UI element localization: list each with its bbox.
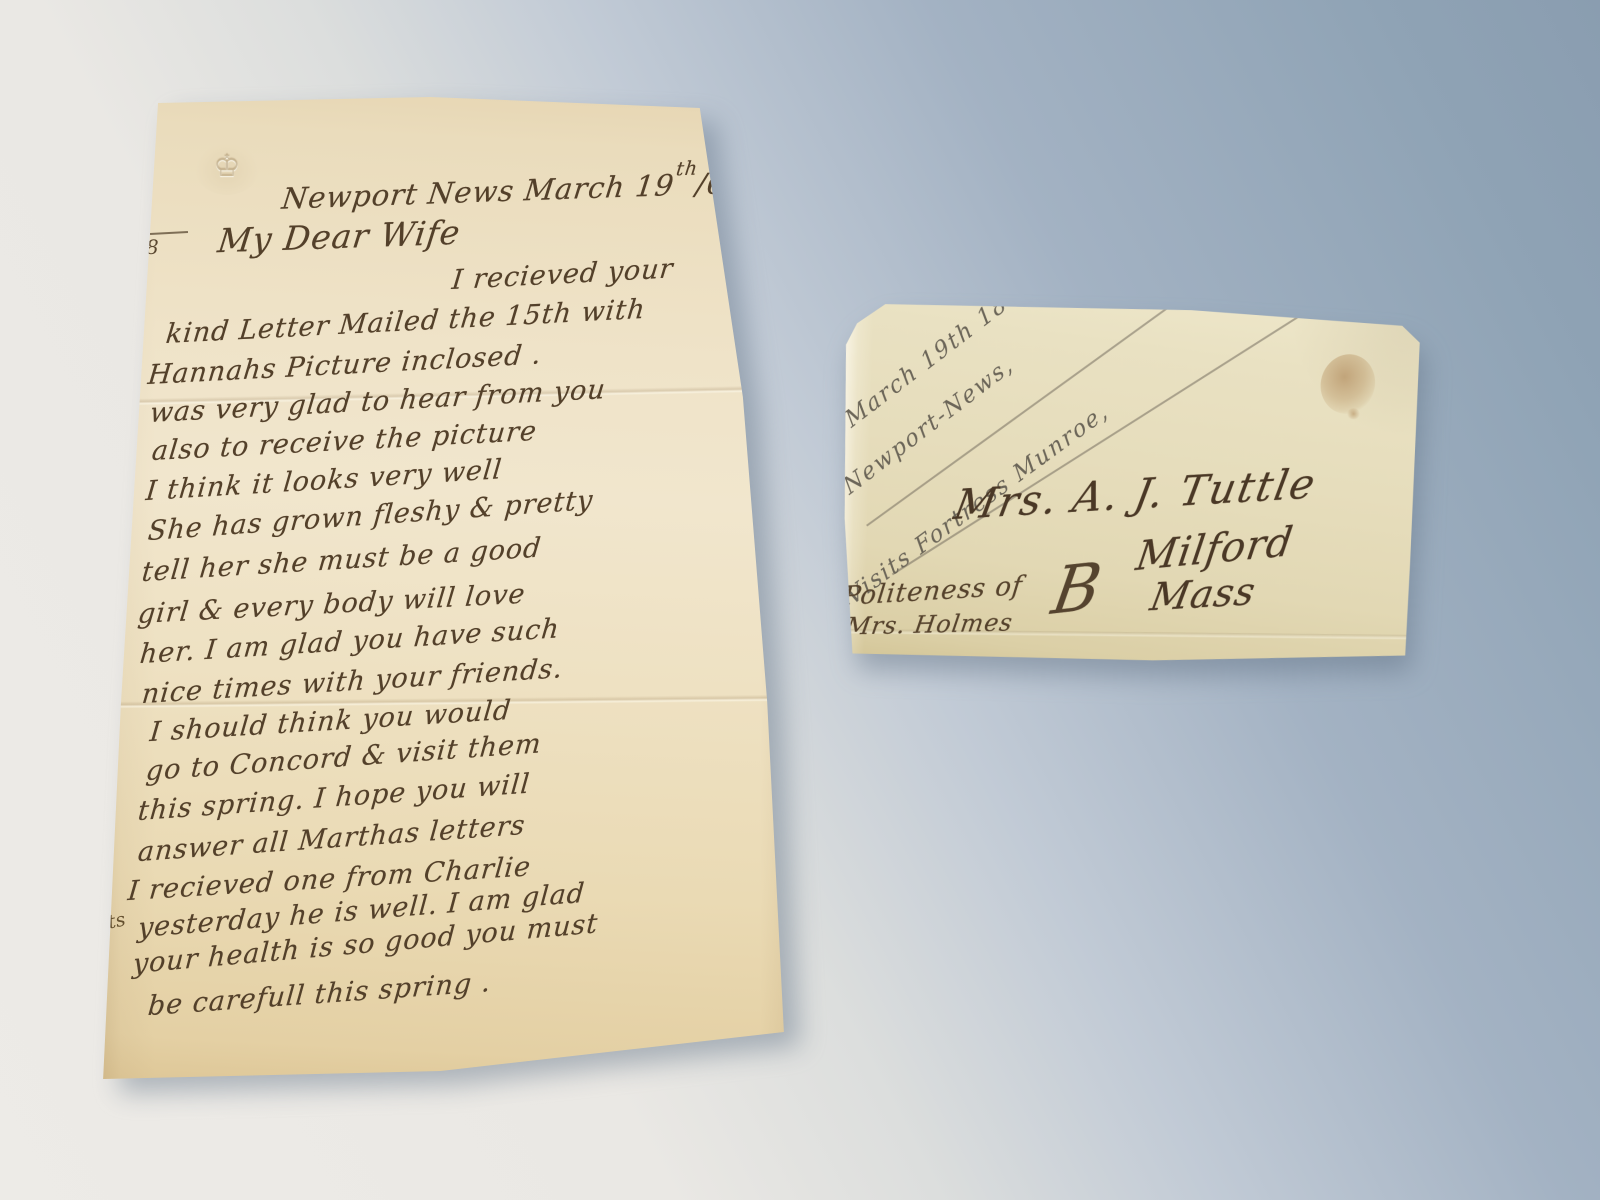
letter-line: be carefull this spring . [147,967,493,1022]
letter-line: kind Letter Mailed the 15th with [164,294,647,350]
letter-heading-year: /63 [694,165,748,201]
edge-mark-top: 8 [146,235,159,259]
envelope-stain-dot [1347,408,1360,419]
letter-sheet: ♔ Newport News March 19th/63 My Dear Wif… [100,95,795,1095]
letter-line: I recieved your [450,253,675,296]
letter-heading: Newport News March 19th/63 [280,165,748,216]
letter-paper: ♔ Newport News March 19th/63 My Dear Wif… [100,95,795,1095]
envelope-address-state: Mass [1147,569,1260,620]
letter-heading-place-date: Newport News March 19 [280,168,676,216]
politeness-signature: Mrs. Holmes [844,608,1015,640]
photo-surface: ♔ Newport News March 19th/63 My Dear Wif… [0,0,1600,1200]
letter-salutation: My Dear Wife [216,213,463,261]
envelope-paper: March 19th 1863Newport-News,Visits Fortr… [835,294,1423,672]
embossed-crest-icon: ♔ [195,143,259,195]
envelope-pencil-notes: March 19th 1863Newport-News,Visits Fortr… [845,294,1423,310]
edge-mark-bottom: ts [106,908,128,933]
letter-heading-superscript: th [675,158,700,181]
ink-flourish: B [1047,549,1108,630]
envelope: March 19th 1863Newport-News,Visits Fortr… [835,294,1423,672]
